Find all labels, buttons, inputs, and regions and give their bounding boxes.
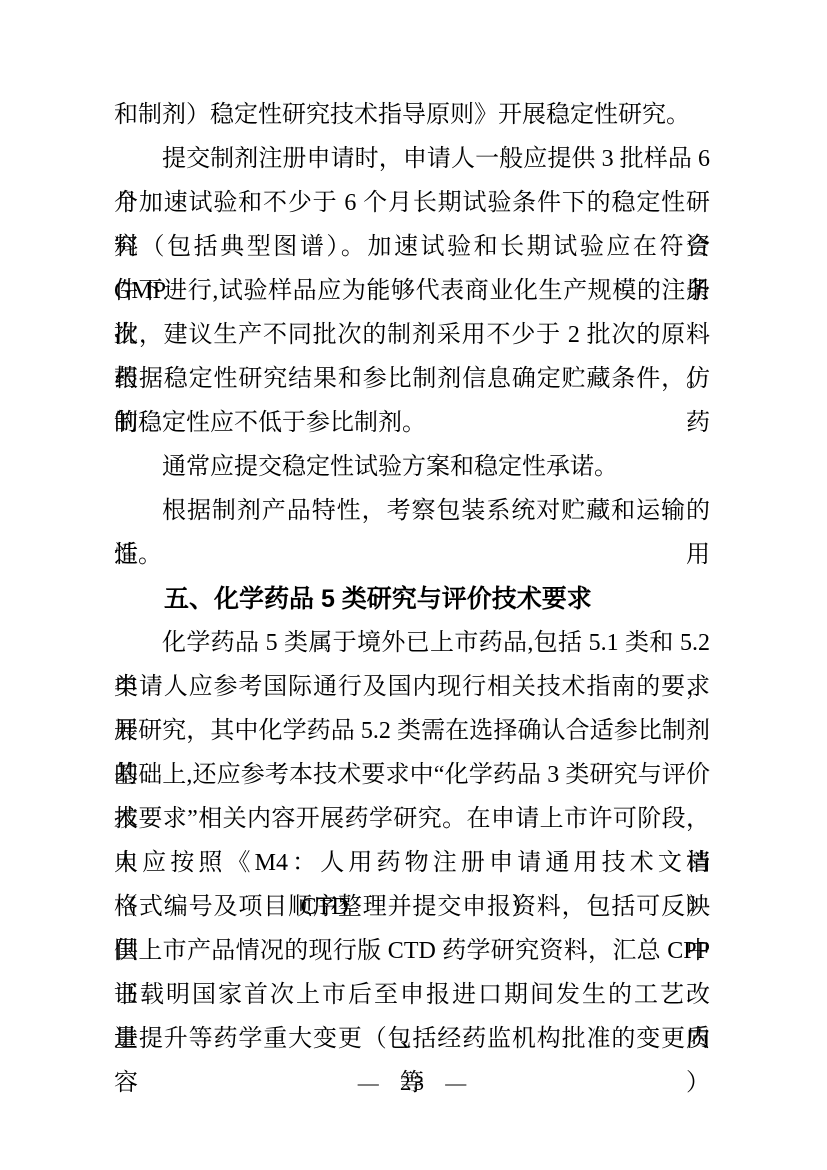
text-line: 化学药品 5 类属于境外已上市药品,包括 5.1 类和 5.2 类， (114, 621, 710, 665)
text-line: 格式编号及项目顺序整理并提交申报资料，包括可反映供中 (114, 885, 710, 929)
text-line: 根据稳定性研究结果和参比制剂信息确定贮藏条件，仿制药 (114, 357, 710, 401)
text-line: 件下进行,试验样品应为能够代表商业化生产规模的注册批 (114, 269, 710, 313)
text-line: 国上市产品情况的现行版 CTD 药学研究资料，汇总 CPP 证 (114, 929, 710, 973)
text-line: 料（包括典型图谱）。加速试验和长期试验应在符合 GMP 条 (114, 225, 710, 269)
text-line: 量提升等药学重大变更（包括经药监机构批准的变更内容等） (114, 1017, 710, 1061)
text-line: 通常应提交稳定性试验方案和稳定性承诺。 (114, 445, 710, 489)
text-line: 书载明国家首次上市后至申报进口期间发生的工艺改进、质 (114, 973, 710, 1017)
text-line: 人应按照《M4：人用药物注册申请通用技术文档（CTD）》 (114, 841, 710, 885)
text-line: 月加速试验和不少于 6 个月长期试验条件下的稳定性研究资 (114, 181, 710, 225)
text-line: 展研究，其中化学药品 5.2 类需在选择确认合适参比制剂的 (114, 709, 710, 753)
text-line: 和制剂）稳定性研究技术指导原则》开展稳定性研究。 (114, 93, 710, 137)
text-block: 和制剂）稳定性研究技术指导原则》开展稳定性研究。提交制剂注册申请时，申请人一般应… (114, 93, 710, 1061)
text-line: 次，建议生产不同批次的制剂采用不少于 2 批次的原料药。 (114, 313, 710, 357)
section-heading: 五、化学药品 5 类研究与评价技术要求 (114, 577, 710, 621)
text-line: 提交制剂注册申请时，申请人一般应提供 3 批样品 6 个 (114, 137, 710, 181)
document-page: 和制剂）稳定性研究技术指导原则》开展稳定性研究。提交制剂注册申请时，申请人一般应… (0, 0, 827, 1170)
text-line: 基础上,还应参考本技术要求中“化学药品 3 类研究与评价技 (114, 753, 710, 797)
text-line: 术要求”相关内容开展药学研究。在申请上市许可阶段，申请 (114, 797, 710, 841)
text-line: 申请人应参考国际通行及国内现行相关技术指南的要求开 (114, 665, 710, 709)
page-number: — 23 — (0, 1068, 827, 1098)
text-line: 根据制剂产品特性，考察包装系统对贮藏和运输的适用 (114, 489, 710, 533)
